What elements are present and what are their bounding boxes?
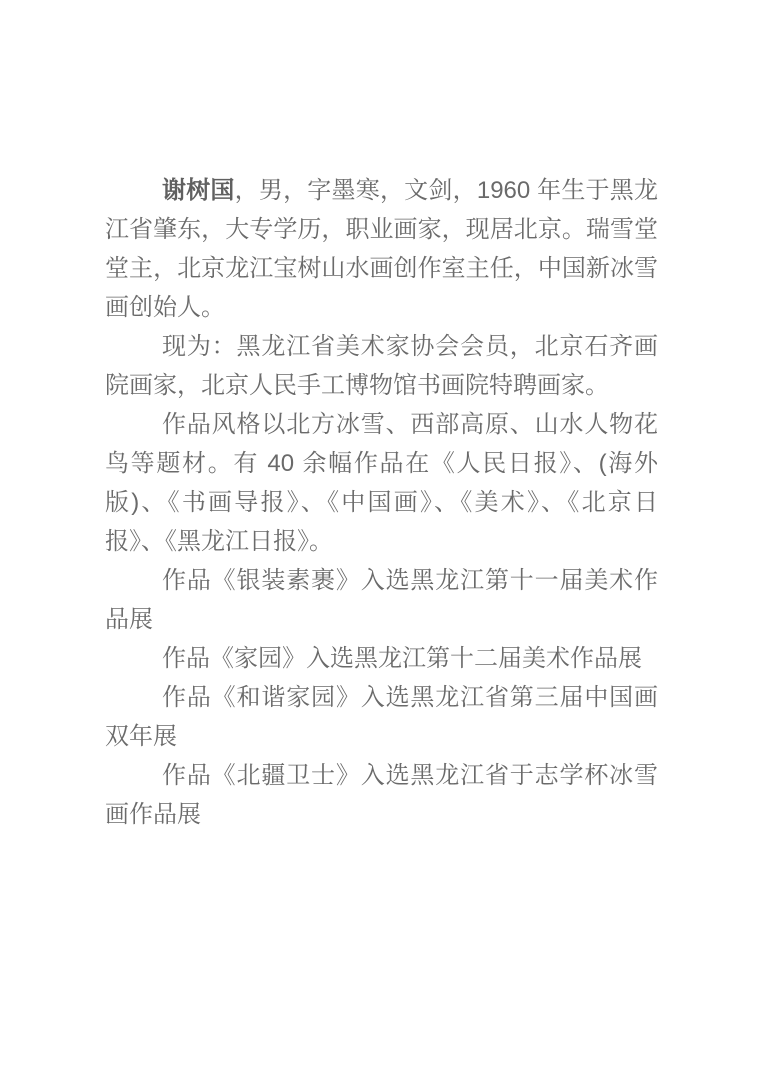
- text-block: 谢树国，男，字墨寒，文剑，1960 年生于黑龙江省肇东，大专学历，职业画家，现居…: [105, 171, 658, 834]
- artist-name: 谢树国: [162, 177, 235, 204]
- paragraph: 作品《家园》入选黑龙江第十二届美术作品展: [105, 639, 658, 678]
- paragraph-text: 作品《家园》入选黑龙江第十二届美术作品展: [162, 645, 642, 672]
- paragraph: 作品《北疆卫士》入选黑龙江省于志学杯冰雪画作品展: [105, 756, 658, 834]
- paragraph-text: 作品风格以北方冰雪、西部高原、山水人物花鸟等题材。有 40 余幅作品在《人民日报…: [105, 411, 658, 555]
- paragraph: 作品风格以北方冰雪、西部高原、山水人物花鸟等题材。有 40 余幅作品在《人民日报…: [105, 405, 658, 561]
- paragraph: 现为：黑龙江省美术家协会会员，北京石齐画院画家，北京人民手工博物馆书画院特聘画家…: [105, 327, 658, 405]
- paragraph-text: 作品《银装素裹》入选黑龙江第十一届美术作品展: [105, 567, 658, 633]
- paragraph: 谢树国，男，字墨寒，文剑，1960 年生于黑龙江省肇东，大专学历，职业画家，现居…: [105, 171, 658, 327]
- paragraph-text: 作品《北疆卫士》入选黑龙江省于志学杯冰雪画作品展: [105, 762, 658, 828]
- paragraph: 作品《银装素裹》入选黑龙江第十一届美术作品展: [105, 561, 658, 639]
- paragraph-text: 作品《和谐家园》入选黑龙江省第三届中国画双年展: [105, 684, 658, 750]
- paragraph-text: 现为：黑龙江省美术家协会会员，北京石齐画院画家，北京人民手工博物馆书画院特聘画家…: [105, 333, 658, 399]
- paragraph: 作品《和谐家园》入选黑龙江省第三届中国画双年展: [105, 678, 658, 756]
- document-page: 谢树国，男，字墨寒，文剑，1960 年生于黑龙江省肇东，大专学历，职业画家，现居…: [0, 0, 763, 1080]
